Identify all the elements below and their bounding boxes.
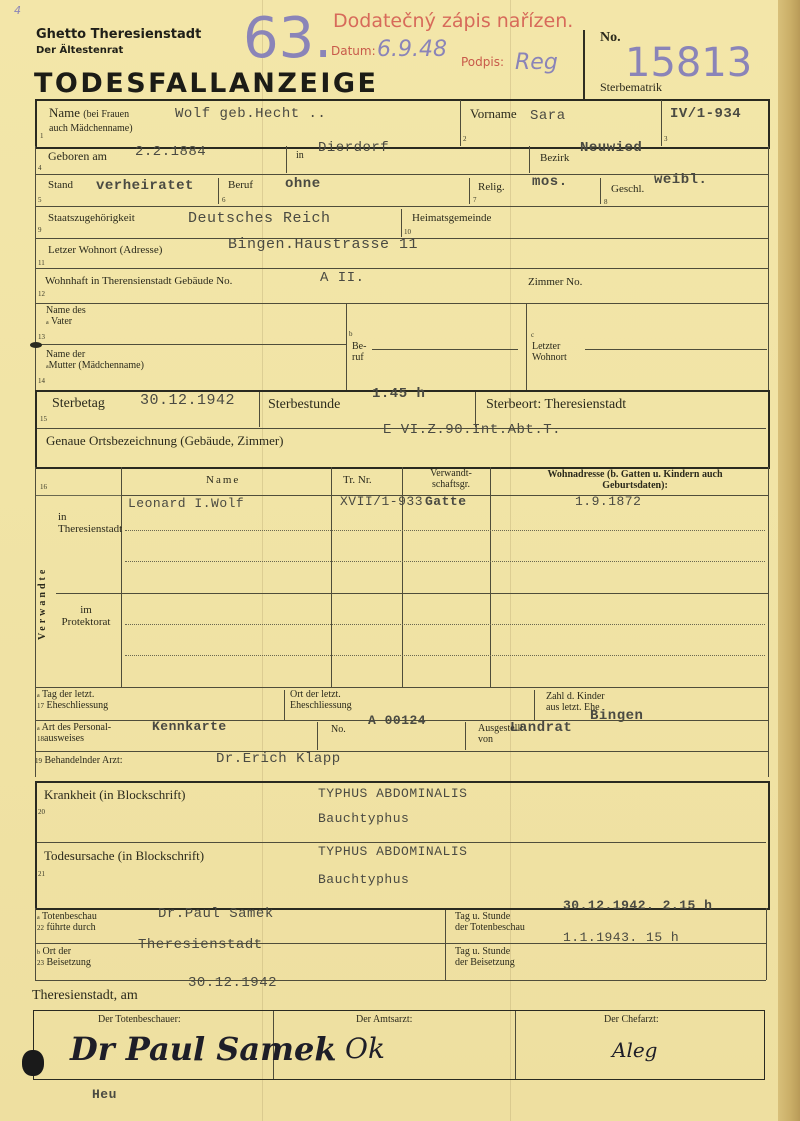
stamp-podpis-value: Reg bbox=[515, 50, 558, 75]
divider bbox=[460, 100, 461, 146]
totenbeschau-zeit-label: Tag u. Stundeder Totenbeschau bbox=[455, 912, 525, 933]
gebaeude-label: Wohnhaft in Therensienstadt Gebäude No. bbox=[45, 276, 232, 288]
stand-label: Stand bbox=[48, 180, 73, 192]
handwritten-number: 63. bbox=[243, 6, 332, 71]
sterbestunde-value[interactable]: 1.45 h bbox=[372, 386, 425, 402]
col-address-header: Wohnadresse (b. Gatten u. Kindern auch G… bbox=[520, 470, 750, 491]
divider bbox=[445, 910, 446, 980]
rule bbox=[56, 593, 768, 594]
bezirk-value[interactable]: Neuwied bbox=[580, 140, 642, 156]
divider bbox=[218, 178, 219, 204]
field-number: 20 bbox=[38, 808, 45, 816]
relative-trnr[interactable]: XVII/1-933 bbox=[340, 494, 423, 509]
totenbeschau-zeit-value[interactable]: 30.12.1942. 2.15 h bbox=[563, 898, 712, 913]
rule bbox=[36, 303, 768, 304]
arzt-value[interactable]: Dr.Erich Klapp bbox=[216, 751, 341, 767]
field-number: 3 bbox=[664, 135, 668, 143]
field-number: 13 bbox=[38, 333, 45, 341]
beisetzung-zeit-value[interactable]: 1.1.1943. 15 h bbox=[563, 930, 679, 945]
kinder-label: Zahl d. Kinderaus letzt. Ehe bbox=[546, 692, 605, 713]
relative-relation[interactable]: Gatte bbox=[425, 494, 467, 509]
name-label: Name (bei Frauen bbox=[49, 105, 129, 121]
divider bbox=[401, 209, 402, 237]
stand-value[interactable]: verheiratet bbox=[96, 178, 194, 194]
field-number: 14 bbox=[38, 377, 45, 385]
place-date-label: Theresienstadt, am bbox=[32, 988, 138, 1004]
divider bbox=[661, 100, 662, 146]
relig-value[interactable]: mos. bbox=[532, 174, 568, 190]
wohnort-label: Letzer Wohnort (Adresse) bbox=[48, 245, 162, 257]
krankheit-line2[interactable]: Bauchtyphus bbox=[318, 811, 409, 826]
ausweis-art-label: a Art des Personal-18ausweises bbox=[37, 723, 111, 744]
ehe-tag-label: a Tag der letzt.17 Eheschliessung bbox=[37, 690, 108, 711]
divider bbox=[529, 146, 530, 173]
rule bbox=[35, 687, 768, 688]
geboren-label: Geboren am bbox=[48, 150, 107, 163]
border bbox=[35, 908, 36, 980]
divider bbox=[469, 178, 470, 204]
dotted-rule bbox=[125, 530, 765, 531]
dotted-rule bbox=[125, 624, 765, 625]
ausweis-no-value[interactable]: A 00124 bbox=[368, 713, 426, 728]
name-sublabel: auch Mädchenname) bbox=[49, 124, 133, 135]
group-theresienstadt-label: in Theresienstadt bbox=[58, 512, 114, 535]
krankheit-label: Krankheit (in Blockschrift) bbox=[44, 787, 186, 803]
sig-totenbeschauer: Dr Paul Samek bbox=[70, 1030, 336, 1068]
mutter-label: Name deraMutter (Mädchenname) bbox=[46, 350, 144, 371]
sig-chefarzt-label: Der Chefarzt: bbox=[604, 1015, 659, 1026]
sterbeort-label: Sterbeort: Theresienstadt bbox=[486, 397, 626, 413]
sterbestunde-label: Sterbestunde bbox=[268, 397, 340, 413]
totenbeschau-label: a Totenbeschau22 führte durch bbox=[37, 912, 97, 933]
rule bbox=[35, 751, 768, 752]
field-number: 21 bbox=[38, 870, 45, 878]
relative-address[interactable]: 1.9.1872 bbox=[575, 494, 641, 509]
rule bbox=[36, 268, 768, 269]
divider bbox=[284, 690, 285, 720]
ausweis-no-label: No. bbox=[331, 725, 346, 736]
group-protektorat-label: im Protektorat bbox=[58, 605, 114, 628]
ausweis-von-value[interactable]: Landrat bbox=[510, 720, 572, 736]
border bbox=[766, 908, 767, 980]
divider bbox=[317, 722, 318, 750]
border bbox=[768, 146, 769, 396]
sig-totenbeschauer-label: Der Totenbeschauer: bbox=[98, 1015, 181, 1026]
beisetzung-ort-value[interactable]: Theresienstadt bbox=[138, 937, 263, 953]
divider bbox=[346, 304, 347, 390]
border bbox=[768, 467, 769, 687]
divider bbox=[515, 1011, 516, 1079]
border bbox=[35, 467, 36, 687]
no-label: No. bbox=[600, 30, 621, 46]
zimmer-label: Zimmer No. bbox=[528, 277, 582, 289]
relig-label: Relig. bbox=[478, 182, 505, 194]
col-relation-header: Verwandt-schaftsgr. bbox=[418, 469, 484, 490]
typist-initials: Heu bbox=[92, 1087, 117, 1102]
staat-label: Staatszugehörigkeit bbox=[48, 213, 135, 225]
geschl-value[interactable]: weibl. bbox=[654, 172, 707, 188]
divider bbox=[286, 146, 287, 173]
divider bbox=[490, 467, 491, 687]
divider bbox=[583, 30, 585, 100]
ausweis-art-value[interactable]: Kennkarte bbox=[152, 719, 227, 734]
transport-value[interactable]: IV/1-934 bbox=[670, 106, 741, 122]
field-number: 1 bbox=[40, 132, 44, 140]
in-label: in bbox=[296, 151, 304, 162]
stamp-podpis-label: Podpis: bbox=[461, 55, 504, 69]
stamp-datum-label: Datum: bbox=[331, 44, 376, 58]
divider bbox=[259, 392, 260, 427]
rule bbox=[37, 842, 766, 843]
todesursache-label: Todesursache (in Blockschrift) bbox=[44, 848, 204, 864]
dotted-rule bbox=[125, 561, 765, 562]
col-trnr-header: Tr. Nr. bbox=[343, 475, 372, 487]
arzt-label: 19 Behandelnder Arzt: bbox=[35, 756, 123, 767]
rule bbox=[585, 349, 767, 350]
eltern-beruf-label: Be-ruf bbox=[352, 342, 366, 363]
relatives-side-label: Verwandte bbox=[37, 567, 48, 640]
stamp-text: Dodatečný zápis nařízen. bbox=[333, 10, 573, 32]
place-date-value[interactable]: 30.12.1942 bbox=[188, 975, 277, 991]
punch-hole bbox=[22, 1050, 44, 1076]
sterbetag-label: Sterbetag bbox=[52, 396, 105, 412]
geboren-value[interactable]: 2.2.1884 bbox=[135, 144, 206, 160]
divider bbox=[534, 690, 535, 720]
sterbematrik-label: Sterbematrik bbox=[600, 80, 662, 95]
krankheit-line1[interactable]: TYPHUS ABDOMINALIS bbox=[318, 786, 467, 801]
todesursache-line1[interactable]: TYPHUS ABDOMINALIS bbox=[318, 844, 467, 859]
ehe-ort-label: Ort der letzt.Eheschliessung bbox=[290, 690, 352, 711]
rule bbox=[36, 344, 346, 345]
vater-label: Name desa Vater bbox=[46, 306, 86, 327]
sig-chefarzt: Aleg bbox=[612, 1038, 657, 1062]
divider bbox=[121, 467, 122, 687]
totenbeschau-value[interactable]: Dr.Paul Samek bbox=[158, 906, 274, 922]
rule bbox=[35, 980, 766, 981]
prefix: c bbox=[531, 331, 534, 339]
page-title: TODESFALLANZEIGE bbox=[34, 68, 379, 99]
ortsbezeichnung-value[interactable]: E VI.Z.90.Int.Abt.T. bbox=[383, 422, 561, 438]
border bbox=[35, 146, 36, 396]
todesursache-line2[interactable]: Bauchtyphus bbox=[318, 872, 409, 887]
prefix: b bbox=[349, 330, 353, 338]
sig-amtsarzt-label: Der Amtsarzt: bbox=[356, 1015, 412, 1026]
name-box bbox=[35, 99, 770, 149]
border bbox=[768, 687, 769, 777]
wohnort-value[interactable]: Bingen.Haustrasse 11 bbox=[228, 236, 418, 253]
beruf-value[interactable]: ohne bbox=[285, 176, 321, 192]
geschl-label: Geschl. bbox=[611, 184, 644, 196]
ortsbezeichnung-label: Genaue Ortsbezeichnung (Gebäude, Zimmer) bbox=[46, 433, 284, 449]
rule bbox=[36, 206, 768, 207]
col-name-header: Name bbox=[206, 475, 240, 487]
dotted-rule bbox=[125, 655, 765, 656]
vorname-value[interactable]: Sara bbox=[530, 108, 566, 124]
field-number: 16 bbox=[40, 483, 47, 491]
beruf-label: Beruf bbox=[228, 180, 253, 192]
name-value[interactable]: Wolf geb.Hecht .. bbox=[175, 106, 326, 122]
beisetzung-zeit-label: Tag u. Stundeder Beisetzung bbox=[455, 947, 515, 968]
gebaeude-value[interactable]: A II. bbox=[320, 270, 365, 286]
heimat-label: Heimatsgemeinde bbox=[412, 213, 491, 225]
punch-mark bbox=[30, 342, 42, 348]
in-value[interactable]: Dierdorf bbox=[318, 140, 389, 156]
staat-value[interactable]: Deutsches Reich bbox=[188, 210, 331, 227]
eltern-wohnort-label: LetzterWohnort bbox=[532, 342, 567, 363]
divider bbox=[526, 304, 527, 390]
relative-name[interactable]: Leonard I.Wolf bbox=[128, 496, 244, 511]
vorname-label: Vorname bbox=[470, 106, 517, 122]
page-mark: 4 bbox=[14, 4, 21, 17]
rule bbox=[372, 349, 518, 350]
bezirk-label: Bezirk bbox=[540, 153, 569, 165]
paper-edge bbox=[778, 0, 800, 1121]
divider bbox=[465, 722, 466, 750]
field-number: 2 bbox=[463, 135, 467, 143]
org-line2: Der Ältestenrat bbox=[36, 45, 123, 56]
sterbetag-value[interactable]: 30.12.1942 bbox=[140, 392, 235, 409]
org-line1: Ghetto Theresienstadt bbox=[36, 27, 201, 42]
divider bbox=[331, 467, 332, 687]
beisetzung-ort-label: b Ort der23 Beisetzung bbox=[37, 947, 91, 968]
sig-amtsarzt: Ok bbox=[345, 1032, 385, 1065]
rule bbox=[36, 495, 121, 496]
stamp-datum-value: 6.9.48 bbox=[377, 37, 447, 62]
divider bbox=[600, 178, 601, 204]
